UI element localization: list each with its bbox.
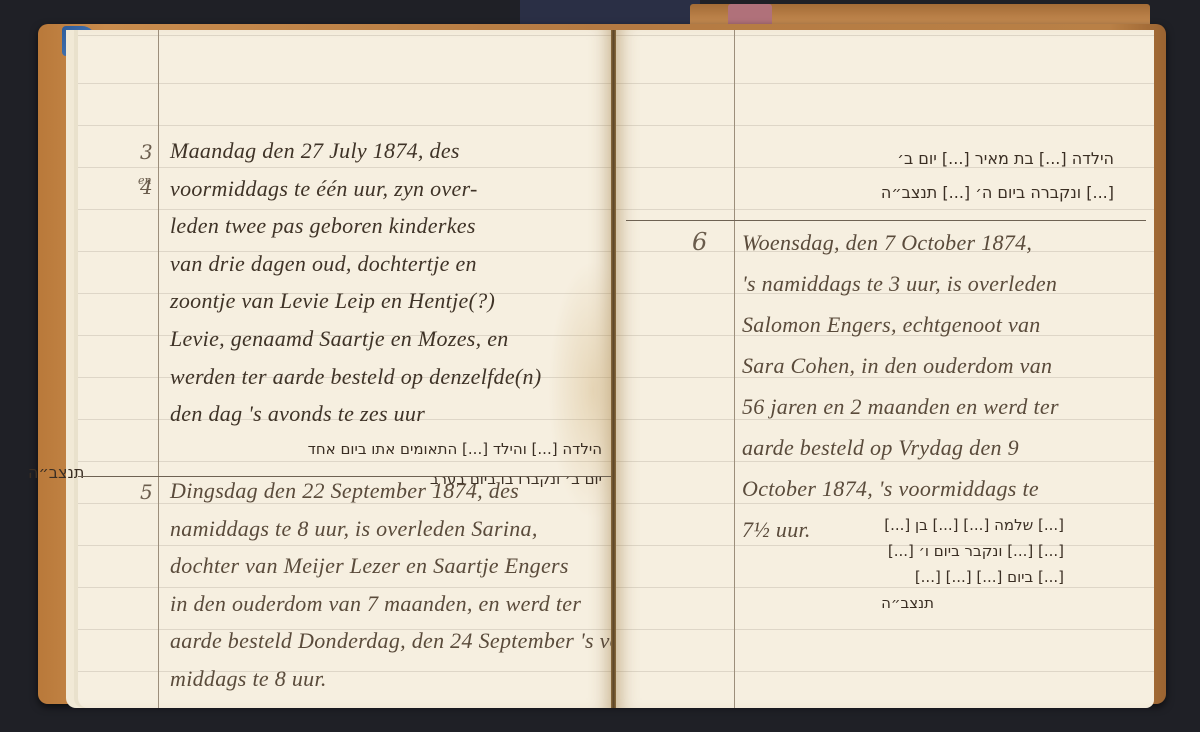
entry-3-4-text: Maandag den 27 July 1874, des voormiddag… (170, 132, 541, 433)
text-line: zoontje van Levie Leip en Hentje(?) (170, 282, 541, 320)
entry-6-text: Woensdag, den 7 October 1874, 's namidda… (742, 222, 1059, 550)
text-line: in den ouderdom van 7 maanden, en werd t… (170, 585, 648, 623)
text-line: aarde besteld op Vrydag den 9 (742, 427, 1059, 468)
hebrew-line: תנצב״ה (881, 590, 1064, 616)
text-line: aarde besteld Donderdag, den 24 Septembe… (170, 622, 648, 660)
text-line: voormiddags te één uur, zyn over- (170, 170, 541, 208)
text-line: Maandag den 27 July 1874, des (170, 132, 541, 170)
text-line: van drie dagen oud, dochtertje en (170, 245, 541, 283)
hebrew-line: [...] [...] ונקבר ביום ו׳ [...] (881, 538, 1064, 564)
text-line: namiddags te 8 uur, is overleden Sarina, (170, 510, 648, 548)
hebrew-line: [...] ונקברה ביום ה׳ [...] תנצב״ה (881, 176, 1114, 210)
hebrew-line: הילדה [...] בת מאיר [...] יום ב׳ (881, 142, 1114, 176)
hebrew-margin-note: תנצב״ה (28, 458, 84, 488)
text-line: Woensdag, den 7 October 1874, (742, 222, 1059, 263)
text-line: 's namiddags te 3 uur, is overleden (742, 263, 1059, 304)
entry-number: 3 (140, 140, 153, 164)
hebrew-line: [...] שלמה [...] [...] בן [...] (881, 512, 1064, 538)
text-line: Dingsdag den 22 September 1874, des (170, 472, 648, 510)
entry-number-second: 4 (140, 175, 153, 199)
left-margin-rule (158, 30, 159, 708)
text-line: October 1874, 's voormiddags te (742, 468, 1059, 509)
entry-divider (626, 220, 1146, 221)
entry-number: 5 (140, 480, 153, 504)
text-line: leden twee pas geboren kinderkes (170, 207, 541, 245)
hebrew-line: [...] ביום [...] [...] [...] (881, 564, 1064, 590)
entry-6-hebrew: [...] שלמה [...] [...] בן [...] [...] [.… (881, 512, 1064, 616)
right-header-hebrew: הילדה [...] בת מאיר [...] יום ב׳ [...] ו… (881, 142, 1114, 210)
text-line: werden ter aarde besteld op denzelfde(n) (170, 358, 541, 396)
text-line: Salomon Engers, echtgenoot van (742, 304, 1059, 345)
text-line: Sara Cohen, in den ouderdom van (742, 345, 1059, 386)
entry-5-text: Dingsdag den 22 September 1874, des nami… (170, 472, 648, 698)
left-page: 3 en 4 Maandag den 27 July 1874, des voo… (78, 30, 612, 708)
right-margin-rule (734, 30, 735, 708)
text-line: Levie, genaamd Saartje en Mozes, en (170, 320, 541, 358)
text-line: 56 jaren en 2 maanden en werd ter (742, 386, 1059, 427)
hebrew-line: הילדה [...] והילד [...] התאומים אתו ביום… (308, 434, 602, 464)
entry-number: 6 (692, 228, 707, 256)
text-line: middags te 8 uur. (170, 660, 648, 698)
right-page: הילדה [...] בת מאיר [...] יום ב׳ [...] ו… (616, 30, 1154, 708)
text-line: den dag 's avonds te zes uur (170, 395, 541, 433)
text-line: dochter van Meijer Lezer en Saartje Enge… (170, 547, 648, 585)
